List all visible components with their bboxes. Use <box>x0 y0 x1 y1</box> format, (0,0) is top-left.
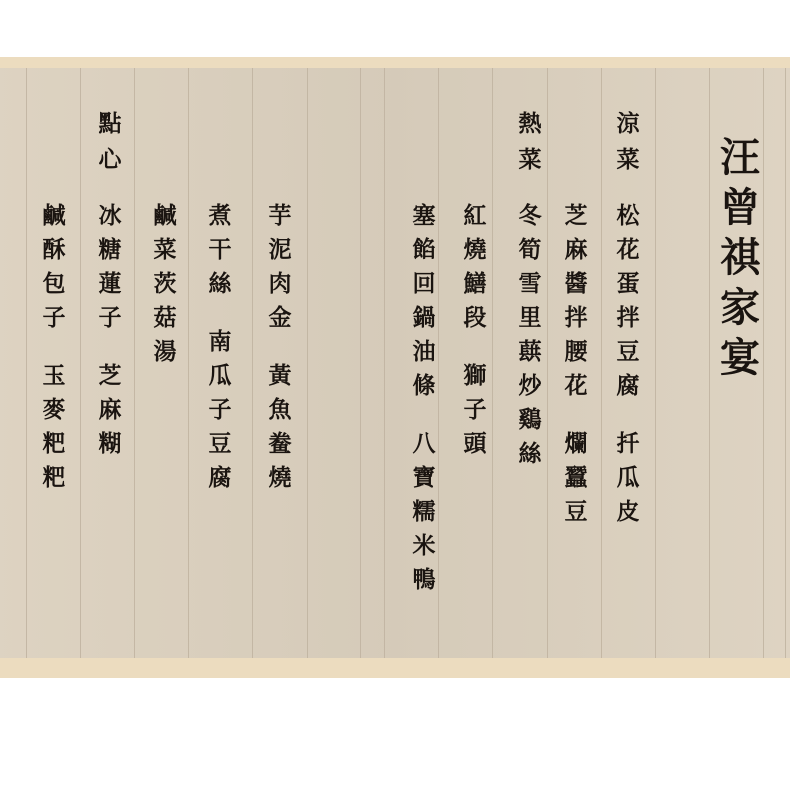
menu-item: 冬筍雪里蕻炒鷄絲 <box>519 204 542 476</box>
glyph: 菜 <box>519 148 542 184</box>
menu-title: 汪曾祺家宴 <box>712 138 768 388</box>
glyph: 炒 <box>519 374 542 408</box>
glyph: 泥 <box>269 238 292 272</box>
glyph: 燒 <box>269 466 292 500</box>
glyph: 蕻 <box>519 340 542 374</box>
glyph: 菜 <box>617 148 640 184</box>
glyph: 心 <box>99 148 122 184</box>
column-rule <box>785 68 786 658</box>
glyph: 紅 <box>464 204 487 238</box>
glyph: 雪 <box>519 272 542 306</box>
menu-item: 八寶糯米鴨 <box>413 432 436 602</box>
column-rule <box>134 68 135 658</box>
glyph: 茨 <box>154 272 177 306</box>
menu-item: 冰糖蓮子 <box>99 204 122 340</box>
menu-column: 芝麻醬拌腰花爛蠶豆 <box>558 204 594 534</box>
glyph: 花 <box>565 374 588 408</box>
glyph: 筍 <box>519 238 542 272</box>
glyph: 家 <box>720 288 760 338</box>
glyph: 蛋 <box>617 272 640 306</box>
column-rule <box>252 68 253 658</box>
menu-item: 鹹菜茨菇湯 <box>154 204 177 374</box>
glyph: 金 <box>269 306 292 340</box>
glyph: 菜 <box>154 238 177 272</box>
glyph: 鴨 <box>413 568 436 602</box>
glyph: 腐 <box>617 374 640 408</box>
glyph: 魚 <box>269 398 292 432</box>
glyph: 黃 <box>269 364 292 398</box>
menu-item: 熱菜 <box>519 112 542 184</box>
menu-item: 黃魚鲞燒 <box>269 364 292 500</box>
glyph: 子 <box>43 306 66 340</box>
column-rule <box>384 68 385 658</box>
menu-item: 芋泥肉金 <box>269 204 292 340</box>
column-rule <box>307 68 308 658</box>
glyph: 絲 <box>519 442 542 476</box>
glyph: 鷄 <box>519 408 542 442</box>
glyph: 鹹 <box>154 204 177 238</box>
glyph: 爛 <box>565 432 588 466</box>
glyph: 八 <box>413 432 436 466</box>
glyph: 芝 <box>565 204 588 238</box>
glyph: 祺 <box>720 238 760 288</box>
column-rule <box>709 68 710 658</box>
glyph: 回 <box>413 272 436 306</box>
column-rule <box>80 68 81 658</box>
glyph: 酥 <box>43 238 66 272</box>
menu-item: 涼菜 <box>617 112 640 184</box>
glyph: 花 <box>617 238 640 272</box>
column-rule <box>360 68 361 658</box>
glyph: 油 <box>413 340 436 374</box>
glyph: 曾 <box>720 188 760 238</box>
menu-item: 煮干絲 <box>209 204 232 306</box>
glyph: 豆 <box>617 340 640 374</box>
glyph: 瓜 <box>209 364 232 398</box>
glyph: 冬 <box>519 204 542 238</box>
glyph: 麥 <box>43 398 66 432</box>
menu-item: 扦瓜皮 <box>617 432 640 534</box>
menu-item: 塞餡回鍋油條 <box>413 204 436 408</box>
glyph: 芋 <box>269 204 292 238</box>
glyph: 宴 <box>720 338 760 388</box>
glyph: 麻 <box>99 398 122 432</box>
glyph: 鹹 <box>43 204 66 238</box>
glyph: 汪 <box>720 138 760 188</box>
menu-column: 塞餡回鍋油條八寶糯米鴨 <box>406 204 442 602</box>
glyph: 獅 <box>464 364 487 398</box>
glyph: 寶 <box>413 466 436 500</box>
glyph: 米 <box>413 534 436 568</box>
glyph: 粑 <box>43 432 66 466</box>
glyph: 煮 <box>209 204 232 238</box>
menu-column: 鹹菜茨菇湯 <box>147 204 183 374</box>
glyph: 里 <box>519 306 542 340</box>
glyph: 豆 <box>565 500 588 534</box>
glyph: 段 <box>464 306 487 340</box>
menu-item: 南瓜子豆腐 <box>209 330 232 500</box>
glyph: 子 <box>99 306 122 340</box>
glyph: 餡 <box>413 238 436 272</box>
menu-column: 芋泥肉金黃魚鲞燒 <box>262 204 298 500</box>
menu-item: 紅燒鱔段 <box>464 204 487 340</box>
glyph: 豆 <box>209 432 232 466</box>
glyph: 糖 <box>99 238 122 272</box>
glyph: 醬 <box>565 272 588 306</box>
glyph: 鍋 <box>413 306 436 340</box>
glyph: 腐 <box>209 466 232 500</box>
glyph: 干 <box>209 238 232 272</box>
menu-column: 紅燒鱔段獅子頭 <box>457 204 493 466</box>
column-rule <box>26 68 27 658</box>
glyph: 松 <box>617 204 640 238</box>
menu-item: 松花蛋拌豆腐 <box>617 204 640 408</box>
menu-column: 松花蛋拌豆腐扦瓜皮 <box>610 204 646 534</box>
glyph: 菇 <box>154 306 177 340</box>
glyph: 麻 <box>565 238 588 272</box>
glyph: 芝 <box>99 364 122 398</box>
glyph: 子 <box>464 398 487 432</box>
menu-item: 爛蠶豆 <box>565 432 588 534</box>
glyph: 蠶 <box>565 466 588 500</box>
glyph: 肉 <box>269 272 292 306</box>
glyph: 鱔 <box>464 272 487 306</box>
section-heading-hot-dishes: 熱菜 <box>512 112 548 184</box>
glyph: 絲 <box>209 272 232 306</box>
glyph: 玉 <box>43 364 66 398</box>
glyph: 拌 <box>565 306 588 340</box>
menu-column: 冰糖蓮子芝麻糊 <box>92 204 128 466</box>
glyph: 瓜 <box>617 466 640 500</box>
glyph: 糊 <box>99 432 122 466</box>
column-rule <box>601 68 602 658</box>
glyph: 熱 <box>519 112 542 148</box>
glyph: 湯 <box>154 340 177 374</box>
glyph: 蓮 <box>99 272 122 306</box>
section-heading-snacks: 點心 <box>92 112 128 184</box>
menu-column: 鹹酥包子玉麥粑粑 <box>36 204 72 500</box>
menu-item: 芝麻醬拌腰花 <box>565 204 588 408</box>
menu-item: 獅子頭 <box>464 364 487 466</box>
section-heading-cold-dishes: 涼菜 <box>610 112 646 184</box>
column-rule <box>188 68 189 658</box>
menu-column: 冬筍雪里蕻炒鷄絲 <box>512 204 548 476</box>
glyph: 冰 <box>99 204 122 238</box>
menu-column: 煮干絲南瓜子豆腐 <box>202 204 238 500</box>
glyph: 涼 <box>617 112 640 148</box>
glyph: 皮 <box>617 500 640 534</box>
menu-item: 點心 <box>99 112 122 184</box>
glyph: 粑 <box>43 466 66 500</box>
glyph: 條 <box>413 374 436 408</box>
glyph: 腰 <box>565 340 588 374</box>
glyph: 鲞 <box>269 432 292 466</box>
column-rule <box>655 68 656 658</box>
glyph: 包 <box>43 272 66 306</box>
menu-item: 玉麥粑粑 <box>43 364 66 500</box>
glyph: 塞 <box>413 204 436 238</box>
glyph: 點 <box>99 112 122 148</box>
menu-item: 汪曾祺家宴 <box>720 138 760 388</box>
glyph: 拌 <box>617 306 640 340</box>
glyph: 燒 <box>464 238 487 272</box>
glyph: 子 <box>209 398 232 432</box>
glyph: 頭 <box>464 432 487 466</box>
menu-item: 鹹酥包子 <box>43 204 66 340</box>
glyph: 南 <box>209 330 232 364</box>
glyph: 扦 <box>617 432 640 466</box>
glyph: 糯 <box>413 500 436 534</box>
menu-item: 芝麻糊 <box>99 364 122 466</box>
